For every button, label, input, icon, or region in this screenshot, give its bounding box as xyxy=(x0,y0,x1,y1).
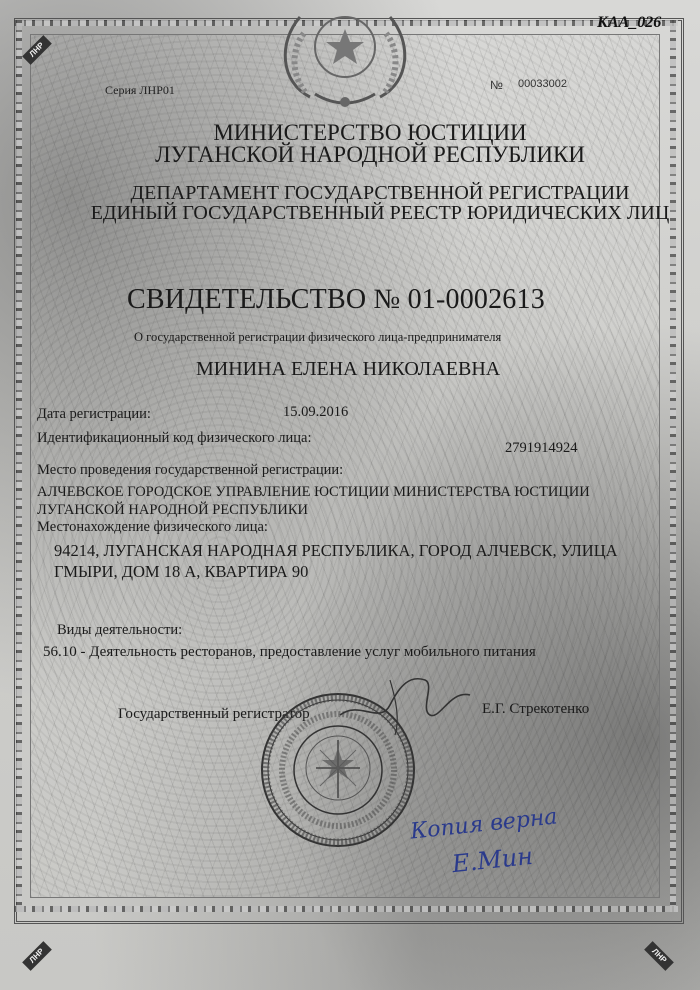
issuer-line-2: ЛУГАНСКОЙ НАРОДНОЙ РЕСПУБЛИКИ xyxy=(20,142,700,168)
document-id-tag: КАА_026 xyxy=(597,14,661,32)
department-line-2: ЕДИНЫЙ ГОСУДАРСТВЕННЫЙ РЕЕСТР ЮРИДИЧЕСКИ… xyxy=(30,202,700,225)
registrar-signature xyxy=(330,670,480,740)
location-line-1: 94214, ЛУГАНСКАЯ НАРОДНАЯ РЕСПУБЛИКА, ГО… xyxy=(54,541,618,561)
registrar-name: Е.Г. Стрекотенко xyxy=(482,701,589,718)
ornament-chain-bottom xyxy=(14,906,678,912)
handwritten-signature: Е.Мин xyxy=(451,842,534,878)
series: Серия ЛНР01 xyxy=(105,83,175,98)
form-number: 00033002 xyxy=(518,78,567,90)
activity-item: 56.10 - Деятельность ресторанов, предост… xyxy=(43,644,536,661)
id-code-value: 2791914924 xyxy=(505,440,578,457)
activities-label: Виды деятельности: xyxy=(57,622,182,639)
registration-date-label: Дата регистрации: xyxy=(37,406,151,423)
handwritten-note: Копия верна xyxy=(409,804,558,844)
location-label: Местонахождение физического лица: xyxy=(37,519,268,536)
registration-place-label: Место проведения государственной регистр… xyxy=(37,462,343,479)
location-line-2: ГМЫРИ, ДОМ 18 А, КВАРТИРА 90 xyxy=(54,562,308,582)
certificate-page: ЛНР ЛНР ЛНР КАА_026 Серия ЛНР01 № 000330… xyxy=(0,0,700,990)
id-code-label: Идентификационный код физического лица: xyxy=(37,430,312,447)
number-label: № xyxy=(490,78,503,92)
registration-date-value: 15.09.2016 xyxy=(283,404,348,421)
certificate-subtitle: О государственной регистрации физическог… xyxy=(134,330,501,345)
entrepreneur-name: МИНИНА ЕЛЕНА НИКОЛАЕВНА xyxy=(196,358,500,381)
corner-mark-bottom-right: ЛНР xyxy=(644,941,674,971)
state-emblem-icon xyxy=(270,2,420,112)
handwritten-certification: Копия верна Е.Мин xyxy=(410,800,600,890)
corner-mark-bottom-left: ЛНР xyxy=(22,941,52,971)
registration-place-line-1: АЛЧЕВСКОЕ ГОРОДСКОЕ УПРАВЛЕНИЕ ЮСТИЦИИ М… xyxy=(37,484,590,501)
certificate-title: СВИДЕТЕЛЬСТВО № 01-0002613 xyxy=(127,284,545,316)
registration-place-line-2: ЛУГАНСКОЙ НАРОДНОЙ РЕСПУБЛИКИ xyxy=(37,502,308,519)
